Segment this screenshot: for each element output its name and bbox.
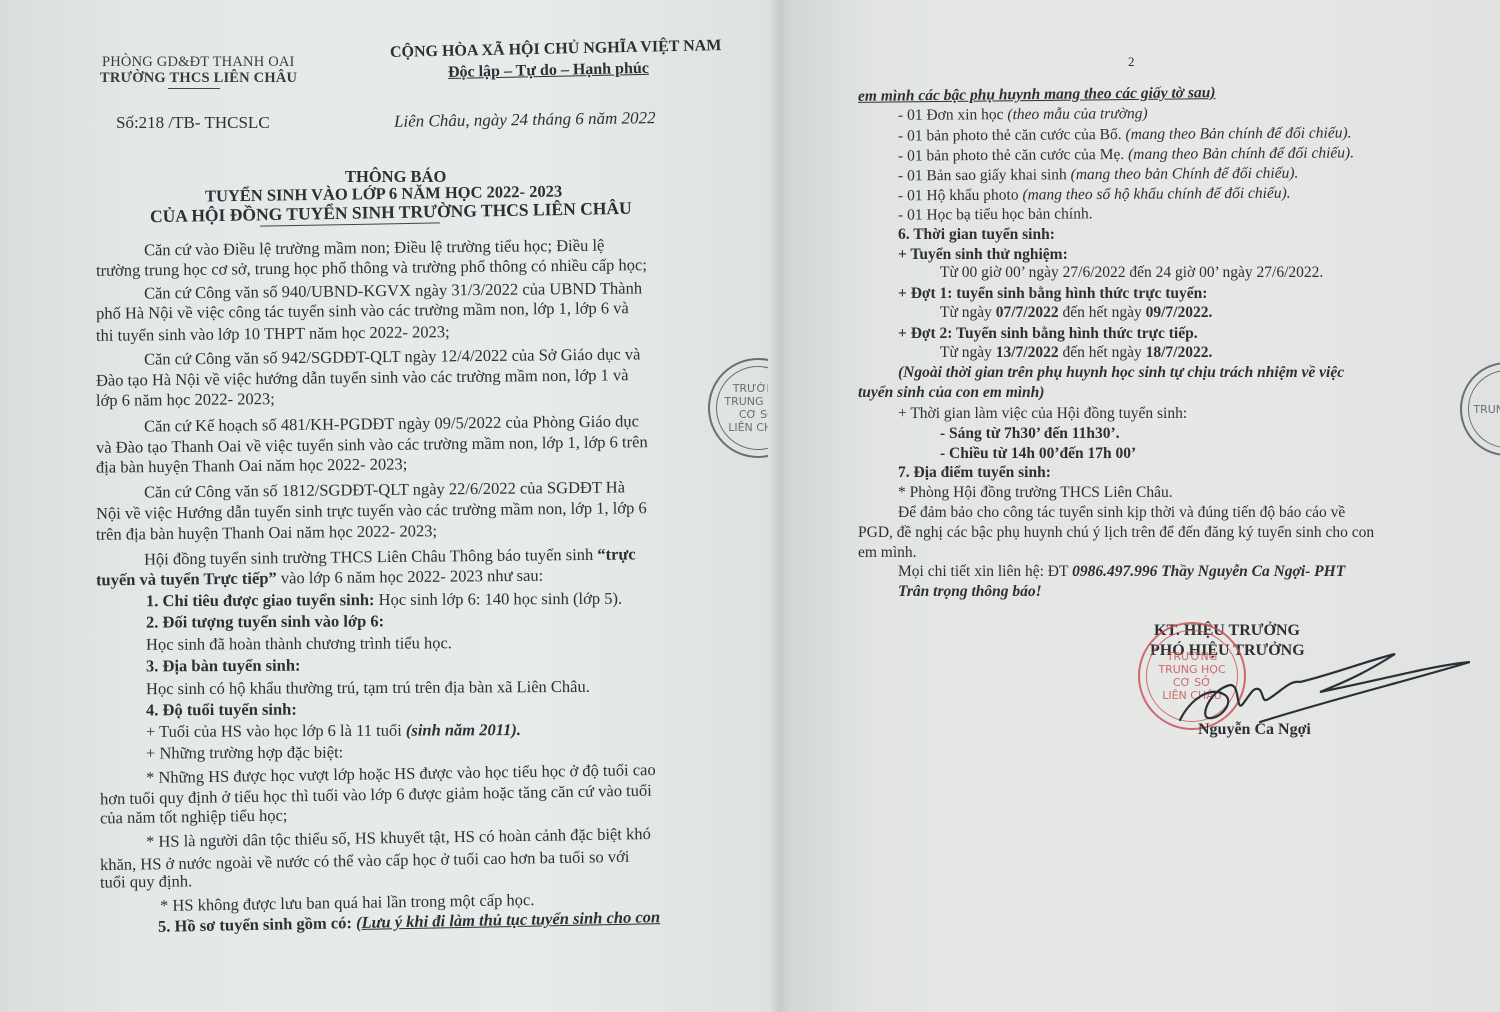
text-line: (Ngoài thời gian trên phụ huynh học sinh… [898,364,1344,382]
text-line: Từ ngày 07/7/2022 đến hết ngày 09/7/2022… [940,304,1212,322]
text-line: Học sinh có hộ khẩu thường trú, tạm trú … [146,677,590,699]
text-line: + Thời gian làm việc của Hội đồng tuyển … [898,405,1187,423]
page-1: PHÒNG GD&ĐT THANH OAI TRƯỜNG THCS LIÊN C… [0,0,770,1012]
text-line: - 01 Bản sao giấy khai sinh (mang theo b… [898,165,1298,186]
school-name: TRƯỜNG THCS LIÊN CHÂU [100,70,297,87]
text-line: Mọi chi tiết xin liên hệ: ĐT 0986.497.99… [898,563,1345,581]
text-line: - 01 Học bạ tiểu học bản chính. [898,205,1093,224]
text-line: trên địa bàn huyện Thanh Oai năm học 202… [96,521,437,545]
text-line: 2. Đối tượng tuyển sinh vào lớp 6: [146,611,384,632]
text-line: - 01 bản photo thẻ căn cước của Bố. (man… [898,124,1352,145]
text-line: 1. Chỉ tiêu được giao tuyển sinh: Học si… [146,589,622,611]
text-line: địa bàn huyện Thanh Oai năm học 2022- 20… [96,454,407,477]
page-fold [768,0,792,1012]
text-line: + Đợt 2: Tuyển sinh bằng hình thức trực … [898,325,1198,343]
text-line: tuyến và tuyển Trực tiếp” vào lớp 6 năm … [96,566,543,591]
text-line: 4. Độ tuổi tuyển sinh: [146,700,297,721]
text-line: Hội đồng tuyển sinh trường THCS Liên Châ… [144,544,636,569]
place-date: Liên Châu, ngày 24 tháng 6 năm 2022 [394,108,656,132]
text-line: - Chiều từ 14h 00’đến 17h 00’ [940,445,1136,463]
page-number: 2 [1128,54,1135,70]
text-line: Từ ngày 13/7/2022 đến hết ngày 18/7/2022… [940,344,1212,362]
text-line: Học sinh đã hoàn thành chương trình tiểu… [146,633,452,655]
text-line: - Sáng từ 7h30’ đến 11h30’. [940,425,1120,443]
official-stamp-partial-right: TRUNG HỌC [1460,362,1500,456]
text-line: + Tuyển sinh thử nghiệm: [898,246,1068,264]
text-line: tuyển sinh của con em mình) [858,384,1044,402]
doc-number: Số:218 /TB- THCSLC [116,113,270,133]
text-line: 3. Địa bàn tuyển sinh: [146,656,301,677]
signer-name: Nguyễn Ca Ngợi [1198,721,1311,739]
signature [1170,640,1470,730]
text-line: + Đợt 1: tuyển sinh bằng hình thức trực … [898,285,1207,303]
text-line: * Phòng Hội đồng trường THCS Liên Châu. [898,484,1173,502]
text-line: - 01 Hộ khẩu photo (mang theo sổ hộ khẩu… [898,185,1291,206]
text-line: PGD, đề nghị các bậc phụ huynh chú ý lịc… [858,524,1374,542]
page-2: 2 em mình các bậc phụ huynh mang theo cá… [790,0,1500,1012]
text-line: 6. Thời gian tuyển sinh: [898,226,1055,244]
text-line: tuổi quy định. [100,871,192,892]
agency-name: PHÒNG GD&ĐT THANH OAI [102,54,295,71]
text-line: 7. Địa điểm tuyển sinh: [898,464,1051,482]
school-underline [168,88,220,89]
text-line: em mình. [858,544,917,562]
text-line: + Những trường hợp đặc biệt: [146,742,343,763]
text-line: lớp 6 năm học 2022- 2023; [96,389,275,411]
text-line: thi tuyển sinh vào lớp 10 THPT năm học 2… [96,322,450,346]
text-line: Đào tạo Hà Nội về việc hướng dẫn tuyển s… [96,365,629,391]
text-line: - 01 Đơn xin học (theo mẫu của trường) [898,105,1148,125]
text-line: Từ 00 giờ 00’ ngày 27/6/2022 đến 24 giờ … [940,264,1323,282]
text-line: + Tuổi của HS vào học lớp 6 là 11 tuổi (… [146,720,521,742]
text-line: Để đảm bảo cho công tác tuyển sinh kịp t… [898,504,1345,522]
national-motto: Độc lập – Tự do – Hạnh phúc [448,60,649,82]
text-line: em mình các bậc phụ huynh mang theo các … [858,84,1216,106]
text-line: Trân trọng thông báo! [898,583,1042,601]
text-line: phố Hà Nội về việc công tác tuyển sinh v… [96,298,629,324]
text-line: của năm tốt nghiệp tiểu học; [100,806,288,829]
text-line: - 01 bản photo thẻ căn cước của Mẹ. (man… [898,144,1354,165]
country-name: CỘNG HÒA XÃ HỘI CHỦ NGHĨA VIỆT NAM [390,37,722,62]
